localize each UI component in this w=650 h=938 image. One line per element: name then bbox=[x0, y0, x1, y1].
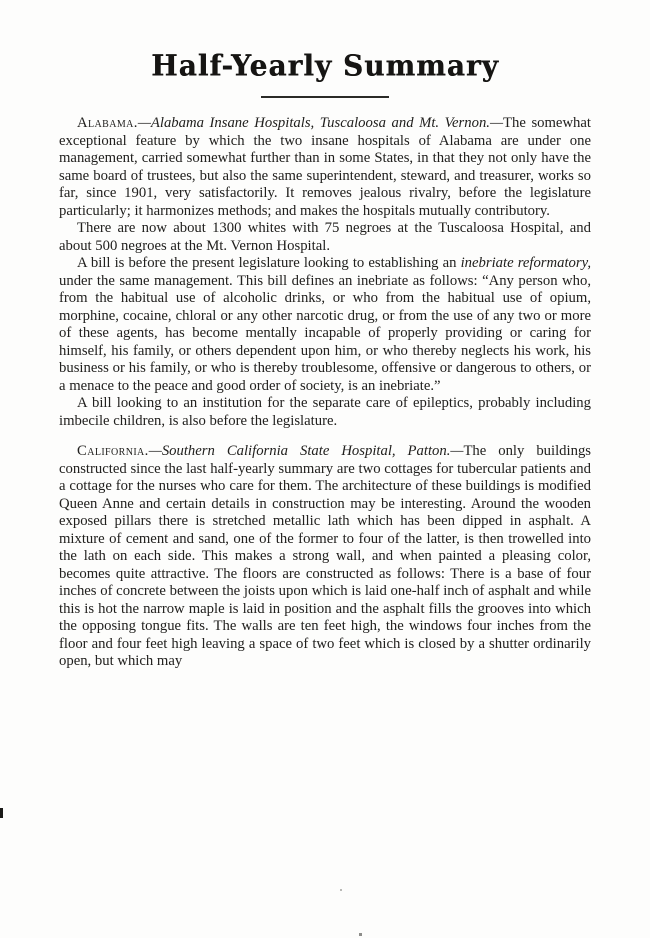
section-heading-alabama: Alabama. bbox=[77, 115, 138, 131]
document-page: Half-Yearly Summary Alabama.—Alabama Ins… bbox=[0, 0, 650, 938]
paragraph-text: A bill looking to an institution for the… bbox=[59, 395, 591, 429]
paragraph-alabama-census: There are now about 1300 whites with 75 … bbox=[59, 220, 591, 255]
scan-artifact-mark bbox=[0, 808, 3, 818]
paragraph-text: The only buildings constructed since the… bbox=[59, 443, 591, 669]
paragraph-alabama-inebriate-bill: A bill is before the present legislature… bbox=[59, 255, 591, 395]
paragraph-text: There are now about 1300 whites with 75 … bbox=[59, 220, 591, 254]
scan-artifact-speck bbox=[340, 889, 342, 891]
emphasis-inebriate-reformatory: inebriate reformatory, bbox=[461, 255, 591, 271]
paragraph-text: A bill is before the present legislature… bbox=[77, 255, 461, 271]
paragraph-alabama-epileptics-bill: A bill looking to an institution for the… bbox=[59, 395, 591, 430]
article-title-alabama: —Alabama Insane Hospitals, Tuscaloosa an… bbox=[138, 115, 503, 131]
paragraph-alabama-intro: Alabama.—Alabama Insane Hospitals, Tusca… bbox=[59, 115, 591, 220]
page-title: Half-Yearly Summary bbox=[0, 0, 650, 83]
document-body: Alabama.—Alabama Insane Hospitals, Tusca… bbox=[59, 115, 591, 671]
article-title-california: —Southern California State Hospital, Pat… bbox=[149, 443, 464, 459]
paragraph-text: under the same management. This bill def… bbox=[59, 273, 591, 394]
section-heading-california: California. bbox=[77, 443, 149, 459]
paragraph-california-intro: California.—Southern California State Ho… bbox=[59, 443, 591, 671]
title-divider bbox=[261, 96, 389, 98]
scan-artifact-speck bbox=[359, 933, 362, 936]
